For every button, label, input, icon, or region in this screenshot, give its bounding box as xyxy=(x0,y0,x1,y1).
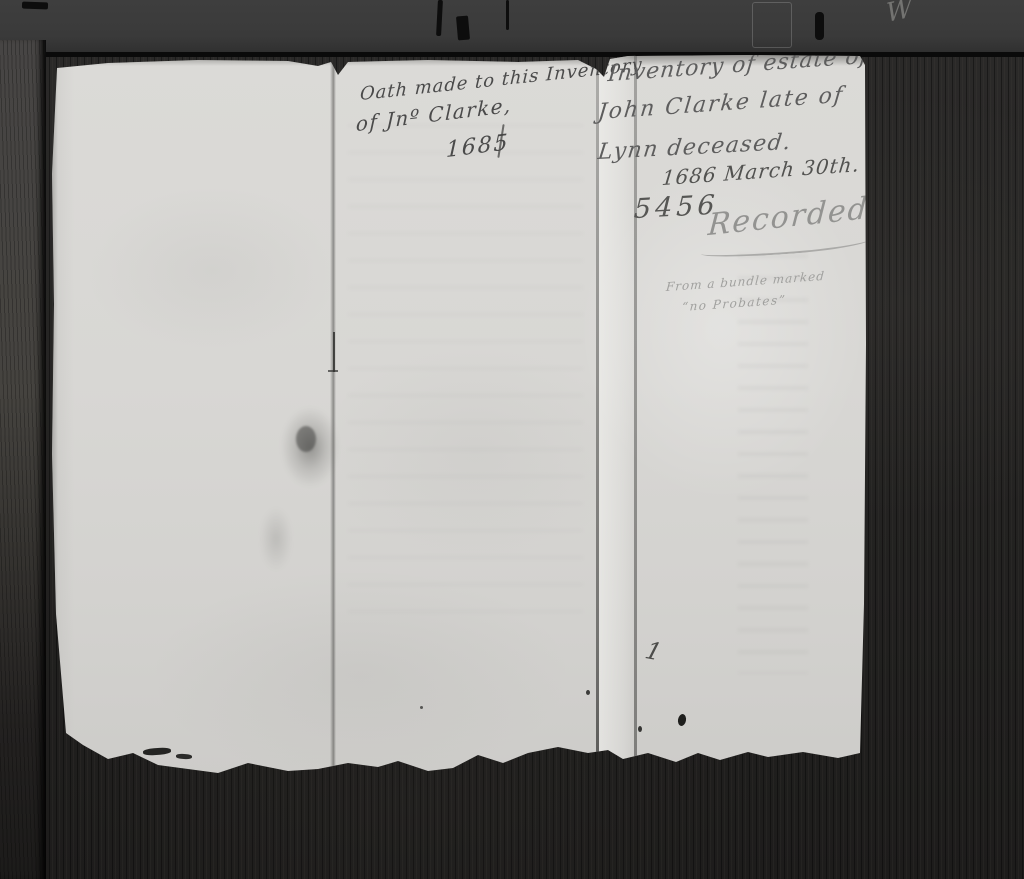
ink-spot xyxy=(420,706,423,709)
fold-crease-left xyxy=(330,54,336,776)
ink-smudge xyxy=(506,0,509,30)
ink-spot xyxy=(638,726,642,732)
edge-smudge xyxy=(176,754,192,760)
wood-frame-top-rail xyxy=(0,0,1024,57)
edge-smudge xyxy=(143,747,171,756)
ink-spot xyxy=(677,713,687,726)
photograph-scene: W Oath made to this Inventory of Jnº Cla… xyxy=(0,0,1024,879)
ink-tick-on-crease xyxy=(333,332,335,372)
ink-smudge xyxy=(436,0,443,36)
ink-smudge xyxy=(456,16,470,41)
wood-frame-left-rail xyxy=(0,40,46,879)
ink-tick-on-crease xyxy=(328,370,338,372)
frame-scratch-outline xyxy=(752,2,792,48)
ink-smudge xyxy=(22,2,48,10)
stray-pen-mark: 1 xyxy=(642,636,665,666)
ink-spot xyxy=(586,690,590,695)
folded-document: Oath made to this Inventory of Jnº Clark… xyxy=(48,54,870,776)
stain xyxy=(253,494,299,584)
handwriting-file-number: 5456 xyxy=(633,190,719,226)
stain xyxy=(296,426,316,452)
bleed-through-text xyxy=(348,124,583,624)
bleed-through-text xyxy=(738,254,808,674)
ink-smudge xyxy=(815,12,824,40)
